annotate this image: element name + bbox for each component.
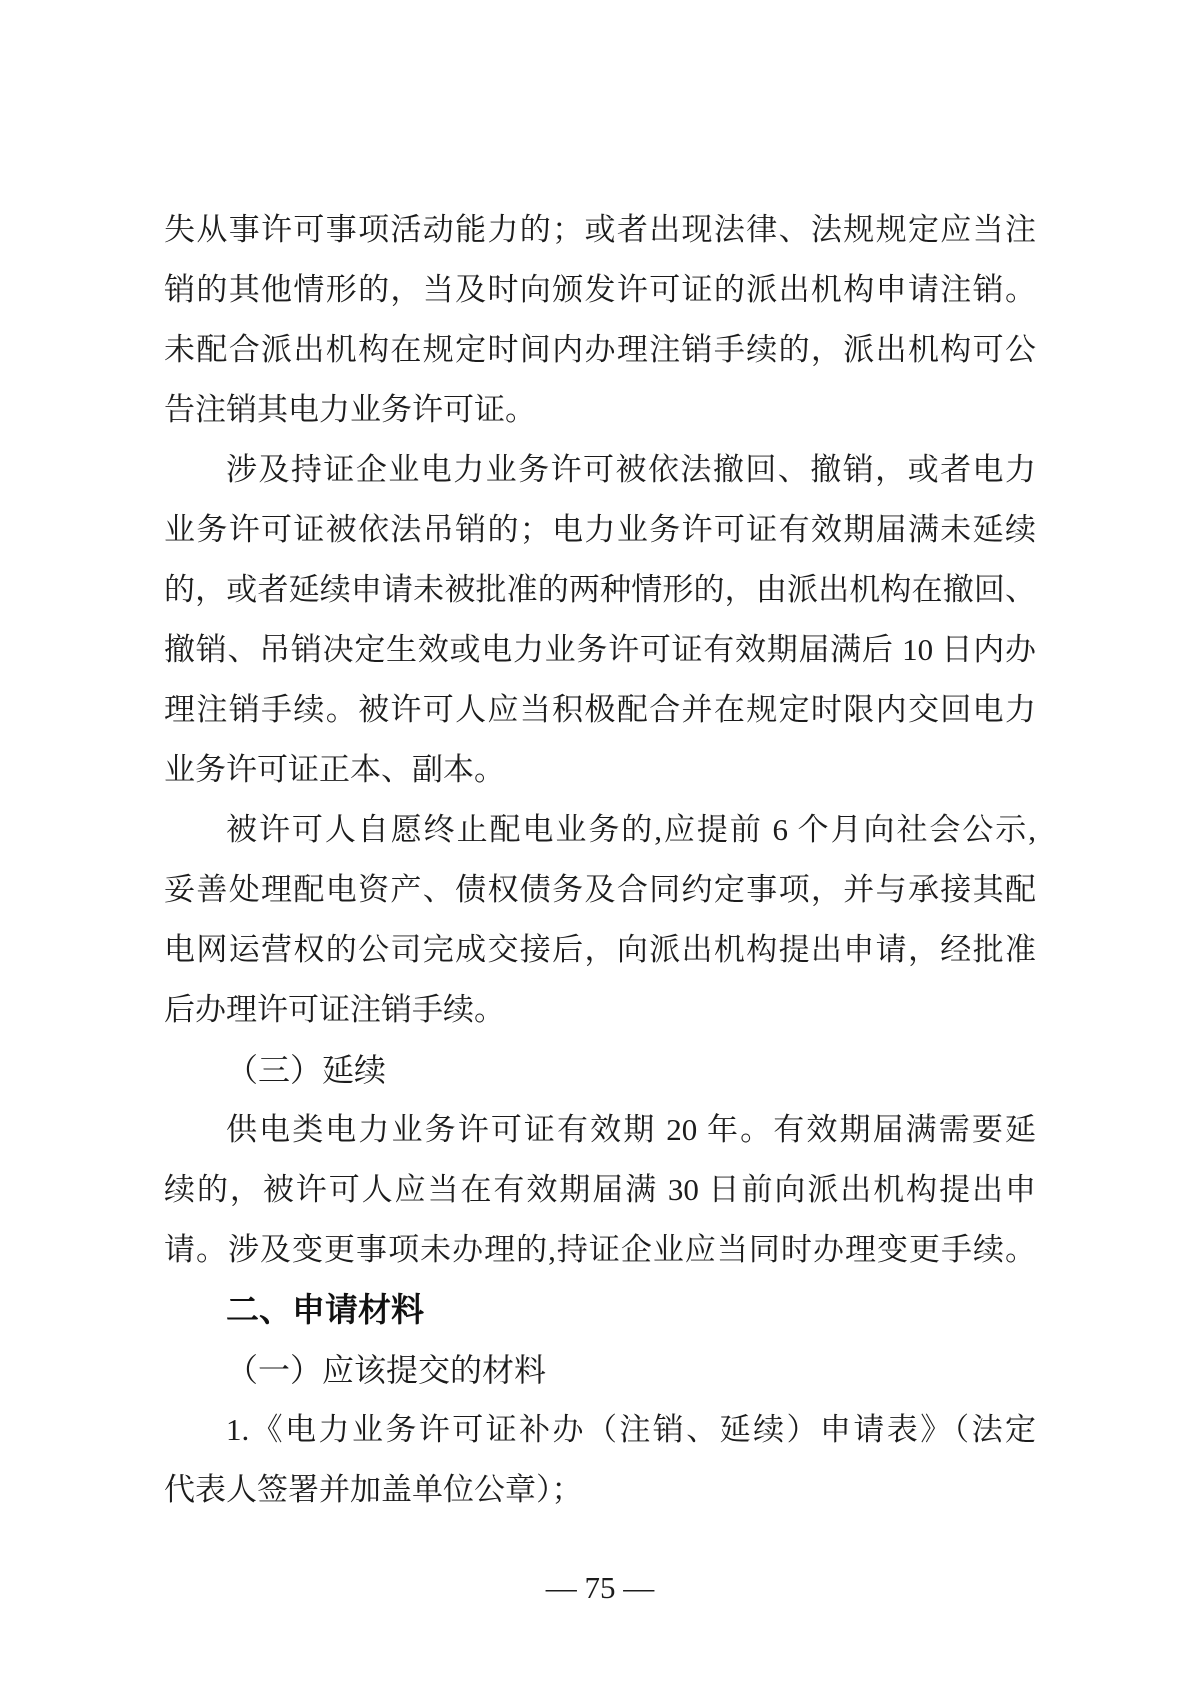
text-line: 告注销其电力业务许可证。: [164, 380, 1036, 440]
text-line: 涉及持证企业电力业务许可被依法撤回、撤销，或者电力: [164, 440, 1036, 500]
text-line: 销的其他情形的，当及时向颁发许可证的派出机构申请注销。: [164, 260, 1036, 320]
paragraph-material-item-1: 1.《电力业务许可证补办（注销、延续）申请表》（法定代表人签署并加盖单位公章）；: [164, 1400, 1036, 1520]
text-line: 业务许可证被依法吊销的；电力业务许可证有效期届满未延续: [164, 500, 1036, 560]
heading-application-materials: 二、申请材料: [164, 1280, 1036, 1340]
text-line: 理注销手续。被许可人应当积极配合并在规定时限内交回电力: [164, 680, 1036, 740]
text-line: 妥善处理配电资产、债权债务及合同约定事项，并与承接其配: [164, 860, 1036, 920]
text-line: 续的，被许可人应当在有效期届满 30 日前向派出机构提出申: [164, 1160, 1036, 1220]
text-line: 被许可人自愿终止配电业务的,应提前 6 个月向社会公示,: [164, 800, 1036, 860]
text-line: （三）延续: [164, 1040, 1036, 1100]
text-line: 后办理许可证注销手续。: [164, 980, 1036, 1040]
document-page: 失从事许可事项活动能力的；或者出现法律、法规规定应当注销的其他情形的，当及时向颁…: [0, 0, 1200, 1696]
heading-materials-to-submit: （一）应该提交的材料: [164, 1340, 1036, 1400]
page-number: — 75 —: [0, 1558, 1200, 1618]
text-line: 撤销、吊销决定生效或电力业务许可证有效期届满后 10 日内办: [164, 620, 1036, 680]
text-line: 代表人签署并加盖单位公章）；: [164, 1460, 1036, 1520]
paragraph-revocation-cases: 涉及持证企业电力业务许可被依法撤回、撤销，或者电力业务许可证被依法吊销的；电力业…: [164, 440, 1036, 800]
heading-renewal: （三）延续: [164, 1040, 1036, 1100]
paragraph-renewal-rules: 供电类电力业务许可证有效期 20 年。有效期届满需要延续的，被许可人应当在有效期…: [164, 1100, 1036, 1280]
text-line: 供电类电力业务许可证有效期 20 年。有效期届满需要延: [164, 1100, 1036, 1160]
paragraph-cancellation-application: 失从事许可事项活动能力的；或者出现法律、法规规定应当注销的其他情形的，当及时向颁…: [164, 200, 1036, 440]
document-body: 失从事许可事项活动能力的；或者出现法律、法规规定应当注销的其他情形的，当及时向颁…: [164, 200, 1036, 1520]
text-line: 失从事许可事项活动能力的；或者出现法律、法规规定应当注: [164, 200, 1036, 260]
text-line: 请。涉及变更事项未办理的,持证企业应当同时办理变更手续。: [164, 1220, 1036, 1280]
text-line: 电网运营权的公司完成交接后，向派出机构提出申请，经批准: [164, 920, 1036, 980]
text-line: （一）应该提交的材料: [164, 1340, 1036, 1400]
text-line: 未配合派出机构在规定时间内办理注销手续的，派出机构可公: [164, 320, 1036, 380]
paragraph-voluntary-termination: 被许可人自愿终止配电业务的,应提前 6 个月向社会公示,妥善处理配电资产、债权债…: [164, 800, 1036, 1040]
text-line: 业务许可证正本、副本。: [164, 740, 1036, 800]
text-line: 二、申请材料: [164, 1280, 1036, 1340]
text-line: 的，或者延续申请未被批准的两种情形的，由派出机构在撤回、: [164, 560, 1036, 620]
text-line: 1.《电力业务许可证补办（注销、延续）申请表》（法定: [164, 1400, 1036, 1460]
